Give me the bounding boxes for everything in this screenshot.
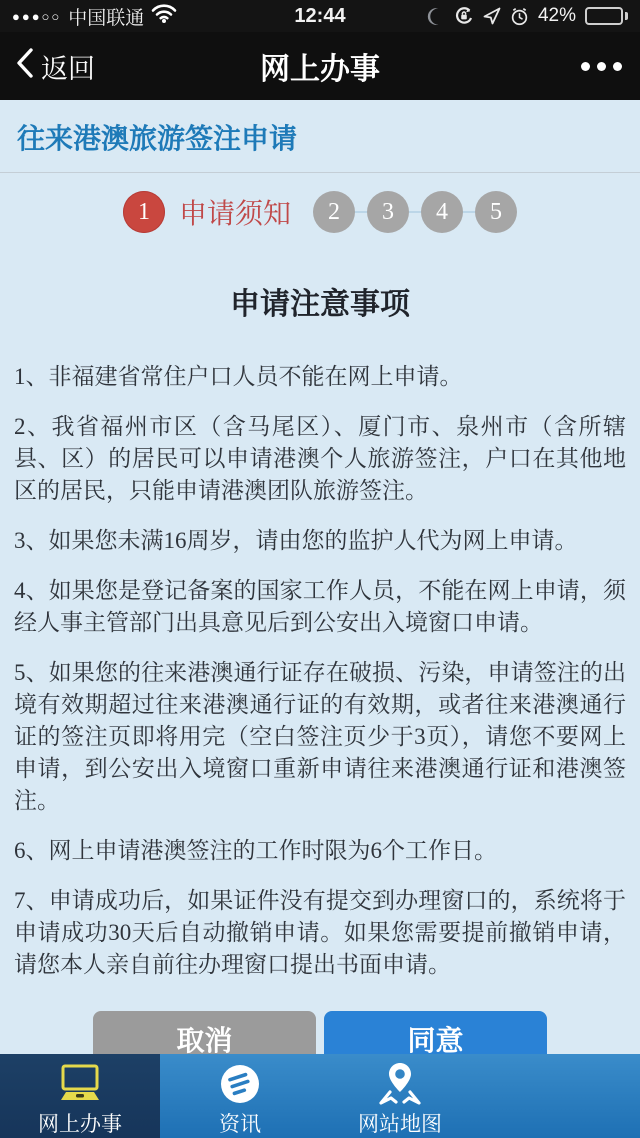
nav-title: 网上办事 bbox=[0, 44, 640, 88]
bottom-tab-bar: 网上办事 资讯 bbox=[0, 1054, 640, 1138]
notice-heading: 申请注意事项 bbox=[0, 279, 640, 323]
step-4-circle: 4 bbox=[421, 191, 463, 233]
nav-bar: 返回 网上办事 bbox=[0, 32, 640, 100]
notice-item-5: 5、如果您的往来港澳通行证存在破损、污染，申请签注的出境有效期超过往来港澳通行证… bbox=[14, 657, 626, 817]
notice-item-2: 2、我省福州市区（含马尾区）、厦门市、泉州市（含所辖县、区）的居民可以申请港澳个… bbox=[14, 411, 626, 507]
notice-item-3: 3、如果您未满16周岁，请由您的监护人代为网上申请。 bbox=[14, 525, 626, 557]
step-indicator: 1 申请须知 2 3 4 5 bbox=[0, 191, 640, 233]
step-connector bbox=[409, 211, 421, 213]
tab-news[interactable]: 资讯 bbox=[160, 1054, 320, 1138]
tab-sitemap[interactable]: 网站地图 bbox=[320, 1054, 480, 1138]
signal-strength-icon: ●●●○○ bbox=[12, 9, 61, 24]
page-title: 往来港澳旅游签注申请 bbox=[0, 100, 640, 173]
step-connector bbox=[355, 211, 367, 213]
tab-online-services[interactable]: 网上办事 bbox=[0, 1054, 160, 1138]
map-pin-icon bbox=[377, 1062, 423, 1106]
cancel-button[interactable]: 取消 bbox=[93, 1011, 316, 1054]
tab-label: 网站地图 bbox=[358, 1108, 442, 1138]
notice-list: 1、非福建省常住户口人员不能在网上申请。 2、我省福州市区（含马尾区）、厦门市、… bbox=[0, 323, 640, 981]
step-2-circle: 2 bbox=[313, 191, 355, 233]
app-screen: ●●●○○ 中国联通 12:44 bbox=[0, 0, 640, 1138]
battery-icon bbox=[585, 7, 628, 25]
step-3-circle: 3 bbox=[367, 191, 409, 233]
news-icon bbox=[219, 1062, 261, 1106]
carrier-label: 中国联通 bbox=[68, 3, 144, 30]
moon-icon bbox=[426, 7, 445, 26]
tab-label: 网上办事 bbox=[38, 1108, 122, 1138]
step-1-circle: 1 bbox=[123, 191, 165, 233]
notice-item-4: 4、如果您是登记备案的国家工作人员，不能在网上申请，须经人事主管部门出具意见后到… bbox=[14, 575, 626, 639]
tab-label: 资讯 bbox=[219, 1108, 261, 1138]
notice-item-1: 1、非福建省常住户口人员不能在网上申请。 bbox=[14, 361, 626, 393]
clock-time: 12:44 bbox=[294, 5, 345, 28]
notice-item-6: 6、网上申请港澳签注的工作时限为6个工作日。 bbox=[14, 835, 626, 867]
back-label: 返回 bbox=[41, 47, 95, 86]
more-menu-icon[interactable] bbox=[579, 52, 624, 81]
rotation-lock-icon bbox=[454, 6, 474, 26]
step-1-label: 申请须知 bbox=[179, 192, 291, 232]
wifi-icon bbox=[151, 3, 177, 29]
main-content: 往来港澳旅游签注申请 1 申请须知 2 3 4 5 申请注意事项 1、非福建省常… bbox=[0, 100, 640, 1054]
notice-item-7: 7、申请成功后，如果证件没有提交到办理窗口的，系统将于申请成功30天后自动撤销申… bbox=[14, 885, 626, 981]
computer-icon bbox=[56, 1062, 104, 1106]
action-buttons: 取消 同意 bbox=[0, 1011, 640, 1054]
status-bar: ●●●○○ 中国联通 12:44 bbox=[0, 0, 640, 32]
agree-button[interactable]: 同意 bbox=[324, 1011, 547, 1054]
location-arrow-icon bbox=[483, 7, 501, 25]
back-button[interactable]: 返回 bbox=[16, 47, 95, 86]
back-chevron-icon bbox=[16, 48, 33, 85]
step-connector bbox=[463, 211, 475, 213]
battery-percent-label: 42% bbox=[538, 5, 576, 27]
step-5-circle: 5 bbox=[475, 191, 517, 233]
alarm-clock-icon bbox=[510, 7, 529, 26]
